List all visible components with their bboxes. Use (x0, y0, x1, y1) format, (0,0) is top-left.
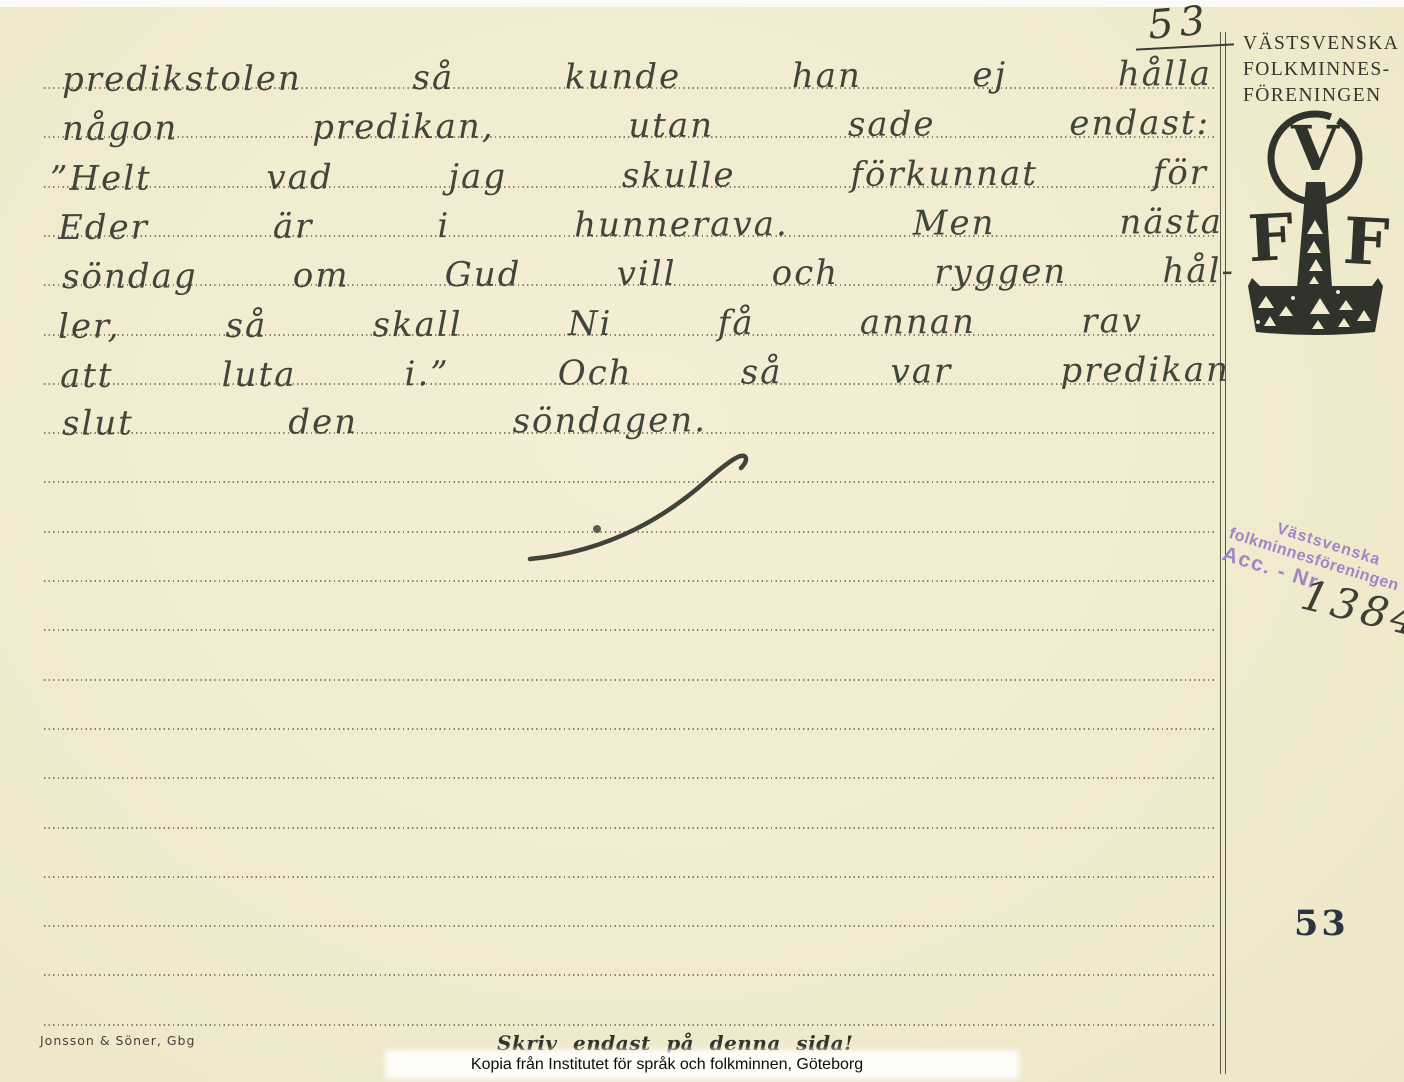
ruled-line (44, 629, 1216, 631)
ruled-line (44, 1024, 1216, 1026)
manuscript-line: ”Helt vad jag skulle förkunnat för (50, 153, 1208, 199)
manuscript-line: att luta i.” Och så var predikan (60, 350, 1230, 396)
archive-copy-watermark-text: Kopia från Institutet för språk och folk… (471, 1056, 863, 1074)
ruled-line (44, 876, 1216, 878)
manuscript-line: Eder är i hunnerava. Men nästa (58, 202, 1223, 248)
manuscript-line: slut den söndagen. (62, 400, 707, 443)
ruled-line (44, 728, 1216, 730)
manuscript-line: söndag om Gud vill och ryggen hål- (62, 251, 1235, 297)
svg-text:V: V (1290, 112, 1340, 185)
manuscript-line: ler, så skall Ni få annan rav (58, 301, 1143, 347)
ruled-line (44, 679, 1216, 681)
printer-imprint: Jonsson & Söner, Gbg (40, 1033, 195, 1048)
ruled-line (44, 974, 1216, 976)
vff-thors-hammer-logo-icon: V F F (1228, 100, 1404, 340)
scanned-document-page: predikstolen så kunde han ej hålla någon… (0, 0, 1404, 1082)
printed-page-number: 53 (1294, 903, 1349, 944)
manuscript-line: någon predikan, utan sade endast: (62, 103, 1210, 149)
ruled-line (44, 925, 1216, 927)
write-only-this-side-instruction: Skriv endast på denna sida! (497, 1031, 853, 1055)
archive-copy-watermark-band: Kopia från Institutet för språk och folk… (388, 1053, 1016, 1076)
handwritten-page-number: 53 (1146, 0, 1213, 49)
organisation-name-line: FOLKMINNES- (1243, 57, 1404, 83)
manuscript-line: predikstolen så kunde han ej hålla (62, 54, 1212, 100)
svg-text:F: F (1246, 200, 1295, 277)
ruled-line (44, 827, 1216, 829)
organisation-name: VÄSTSVENSKA FOLKMINNES- FÖRENINGEN (1243, 31, 1404, 109)
ruled-line (44, 777, 1216, 779)
ruled-line (44, 580, 1216, 582)
signature-flourish (500, 440, 780, 580)
organisation-name-line: VÄSTSVENSKA (1243, 31, 1404, 57)
svg-text:F: F (1341, 204, 1390, 281)
